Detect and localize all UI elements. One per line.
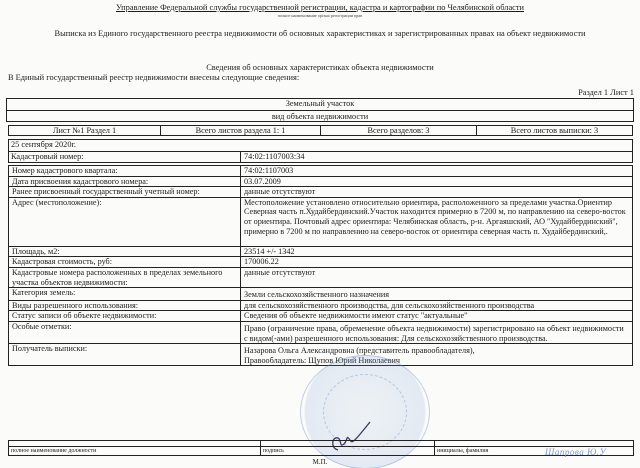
extract-title: Выписка из Единого государственного реес… (0, 29, 640, 38)
date-cadastral-box: 25 сентября 2020г. Кадастровый номер: 74… (8, 139, 633, 163)
sheet-reference: Раздел 1 Лист 1 (578, 88, 634, 97)
row-value: 03.07.2009 (241, 176, 633, 187)
row-label: Дата присвоения кадастрового номера: (9, 176, 241, 187)
row-label: Кадастровые номера расположенных в преде… (9, 267, 241, 287)
characteristics-table: Номер кадастрового квартала:74:02:110700… (8, 165, 633, 366)
row-value: 74:02:1107003 (241, 166, 633, 177)
extract-sheets-total: Всего листов выписки: 3 (477, 126, 632, 135)
row-label: Получатель выписки: (9, 344, 241, 366)
recipient-value: Назарова Ольга Александровна (представит… (241, 344, 633, 366)
handwritten-name: Шапрова Ю.У (545, 447, 606, 457)
sheet-info-row: Лист №1 Раздел 1 Всего листов раздела 1:… (8, 125, 633, 136)
table-row: Особые отметки:Право (ограничение права,… (9, 321, 633, 343)
table-row: Категория земель:Земли сельскохозяйствен… (9, 288, 633, 301)
signature-caption: подпись (263, 448, 284, 454)
area-value: 23514 +/- 1342 (241, 246, 633, 257)
seal-caption: М.П. (0, 458, 640, 466)
signature-cell: подпись (261, 441, 435, 455)
section-title: Сведения об основных характеристиках объ… (0, 63, 640, 72)
table-row: Статус записи об объекте недвижимости:Св… (9, 311, 633, 322)
row-label: Статус записи об объекте недвижимости: (9, 311, 241, 322)
table-row: Кадастровые номера расположенных в преде… (9, 267, 633, 287)
position-caption: полное наименование должности (11, 448, 96, 454)
owner-line: Правообладатель: Щупов Юрий Николаевич (244, 356, 629, 366)
cadastral-number-label: Кадастровый номер: (11, 152, 241, 163)
table-row: Виды разрешенного использования:для сель… (9, 300, 633, 311)
sections-total: Всего разделов: 3 (321, 126, 477, 135)
object-type-caption: вид объекта недвижимости (7, 111, 633, 122)
row-label: Ранее присвоенный государственный учетны… (9, 187, 241, 198)
cadastral-number-value: 74:02:1107003:34 (241, 152, 305, 163)
organization-caption: полное наименование органа регистрации п… (0, 13, 640, 18)
table-row: Кадастровая стоимость, руб:170006.22 (9, 257, 633, 268)
object-type-box: Земельный участок вид объекта недвижимос… (6, 98, 634, 122)
row-label: Категория земель: (9, 288, 241, 301)
name-caption: инициалы, фамилия (437, 448, 488, 454)
signature-block: полное наименование должности подпись ин… (8, 440, 634, 456)
intro-text: В Единый государственный реестр недвижим… (8, 73, 299, 82)
record-status-value: Сведения об объекте недвижимости имеют с… (241, 311, 633, 322)
table-row: Получатель выписки: Назарова Ольга Алекс… (9, 344, 633, 366)
row-label: Площадь, м2: (9, 246, 241, 257)
recipient-line: Назарова Ольга Александровна (представит… (244, 346, 629, 356)
row-label: Особые отметки: (9, 321, 241, 343)
position-cell: полное наименование должности (9, 441, 261, 455)
extract-date: 25 сентября 2020г. (11, 140, 76, 151)
row-label: Кадастровая стоимость, руб: (9, 257, 241, 268)
address-value: Местоположение установлено относительно … (241, 197, 633, 246)
table-row: Ранее присвоенный государственный учетны… (9, 187, 633, 198)
row-label: Адрес (местоположение): (9, 197, 241, 246)
table-row: Адрес (местоположение):Местоположение ус… (9, 197, 633, 246)
row-value: данные отсутствуют (241, 187, 633, 198)
sheet-number: Лист №1 Раздел 1 (9, 126, 161, 135)
row-label: Виды разрешенного использования: (9, 300, 241, 311)
land-category-value: Земли сельскохозяйственного назначения (241, 288, 633, 301)
organization-name: Управление Федеральной службы государств… (0, 3, 640, 12)
cadastral-cost-value: 170006.22 (241, 257, 633, 268)
special-notes-value: Право (ограничение права, обременение об… (241, 321, 633, 343)
table-row: Номер кадастрового квартала:74:02:110700… (9, 166, 633, 177)
row-value: данные отсутствуют (241, 267, 633, 287)
row-label: Номер кадастрового квартала: (9, 166, 241, 177)
permitted-use-value: для сельскохозяйственного производства, … (241, 300, 633, 311)
table-row: Площадь, м2:23514 +/- 1342 (9, 246, 633, 257)
object-type-value: Земельный участок (7, 99, 633, 111)
table-row: Дата присвоения кадастрового номера:03.0… (9, 176, 633, 187)
section-sheets-total: Всего листов раздела 1: 1 (161, 126, 321, 135)
